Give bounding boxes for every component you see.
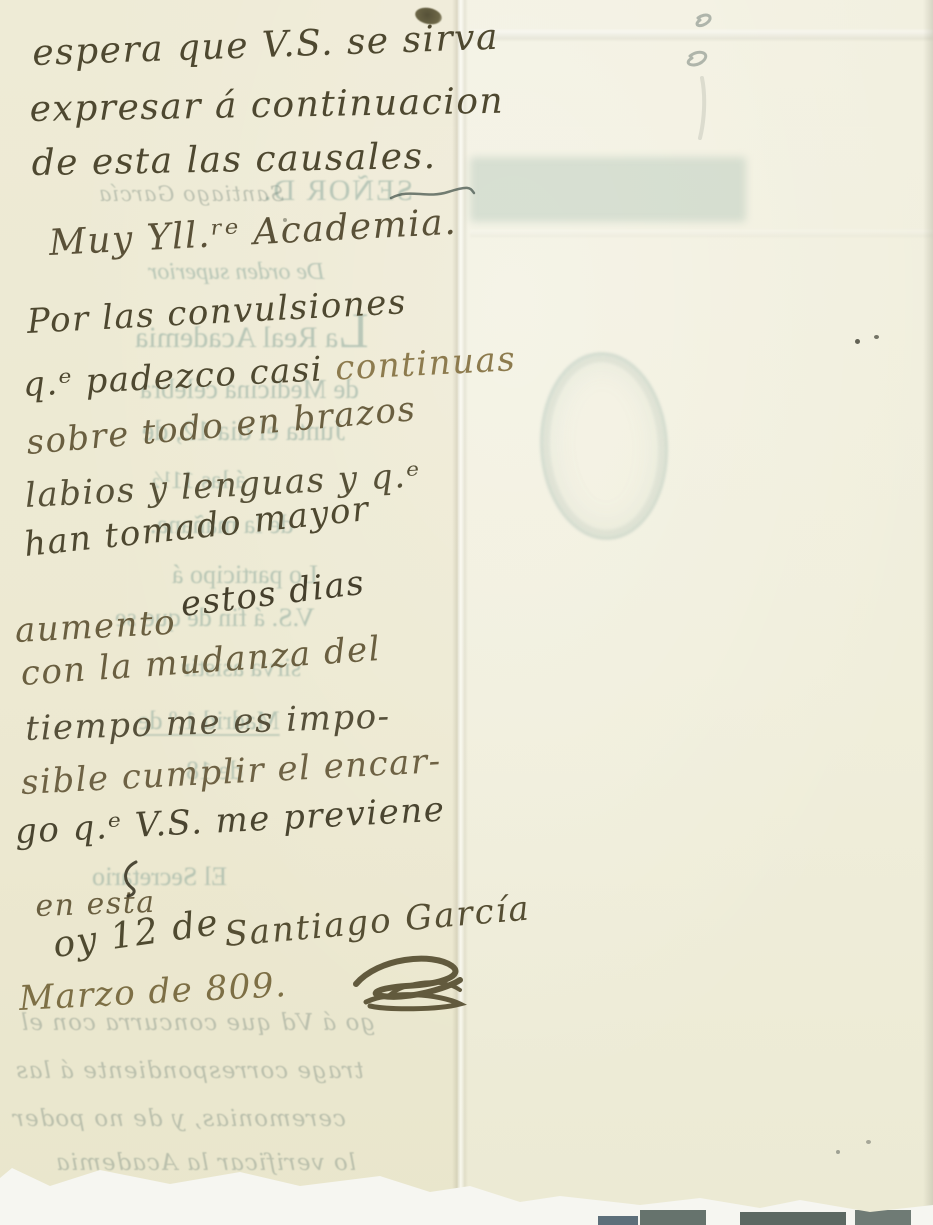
letter-line-segment: continuas — [334, 339, 517, 388]
scanner-strip — [598, 1216, 638, 1225]
signature: Santiago García — [223, 891, 532, 952]
showthrough-script-line: ceremonias, y de no poder — [12, 1108, 346, 1131]
pencil-smudge — [668, 8, 728, 158]
pen-mark — [118, 858, 144, 900]
showthrough-script-line: Santiago García — [98, 184, 284, 205]
scanner-strip — [640, 1210, 706, 1225]
showthrough-script-line: lo verificar la Academia — [55, 1152, 356, 1175]
letter-line: tiempo me es impo- — [25, 699, 391, 746]
showthrough-script-line: trage correspondiente á las — [15, 1060, 364, 1083]
speck — [283, 218, 287, 222]
letter-line: aumento — [14, 606, 177, 648]
ink-dot — [874, 335, 879, 339]
date-line: Marzo de 809. — [18, 968, 288, 1016]
paper: SEÑOR D. De orden superior La Real Acade… — [0, 0, 933, 1225]
letter-line: de esta las causales. — [31, 139, 436, 182]
horizontal-crease — [470, 230, 933, 237]
stamp — [535, 349, 673, 543]
letter-line: espera que V.S. se sirva — [32, 20, 500, 72]
letter-line: Muy Yll.ʳᵉ Academia. — [48, 205, 458, 262]
letter-line: expresar á continuacion — [29, 84, 504, 128]
letter-line: sible cumplir el encar- — [20, 744, 442, 800]
paper-right-edge — [923, 0, 933, 1225]
letter-line: go q.ᵉ V.S. me previene — [14, 793, 446, 849]
green-band — [470, 157, 746, 222]
scanner-strip — [740, 1212, 846, 1225]
scanner-strip — [855, 1210, 911, 1225]
speck — [866, 1140, 871, 1144]
showthrough-print-line: De orden superior — [148, 260, 324, 284]
ink-dot — [855, 339, 860, 344]
scanned-letter-page: { "colors": { "paper": "#f1efdf", "paper… — [0, 0, 933, 1225]
underline-flourish — [388, 184, 478, 202]
signature-rubric — [348, 950, 470, 1012]
speck — [836, 1150, 840, 1154]
